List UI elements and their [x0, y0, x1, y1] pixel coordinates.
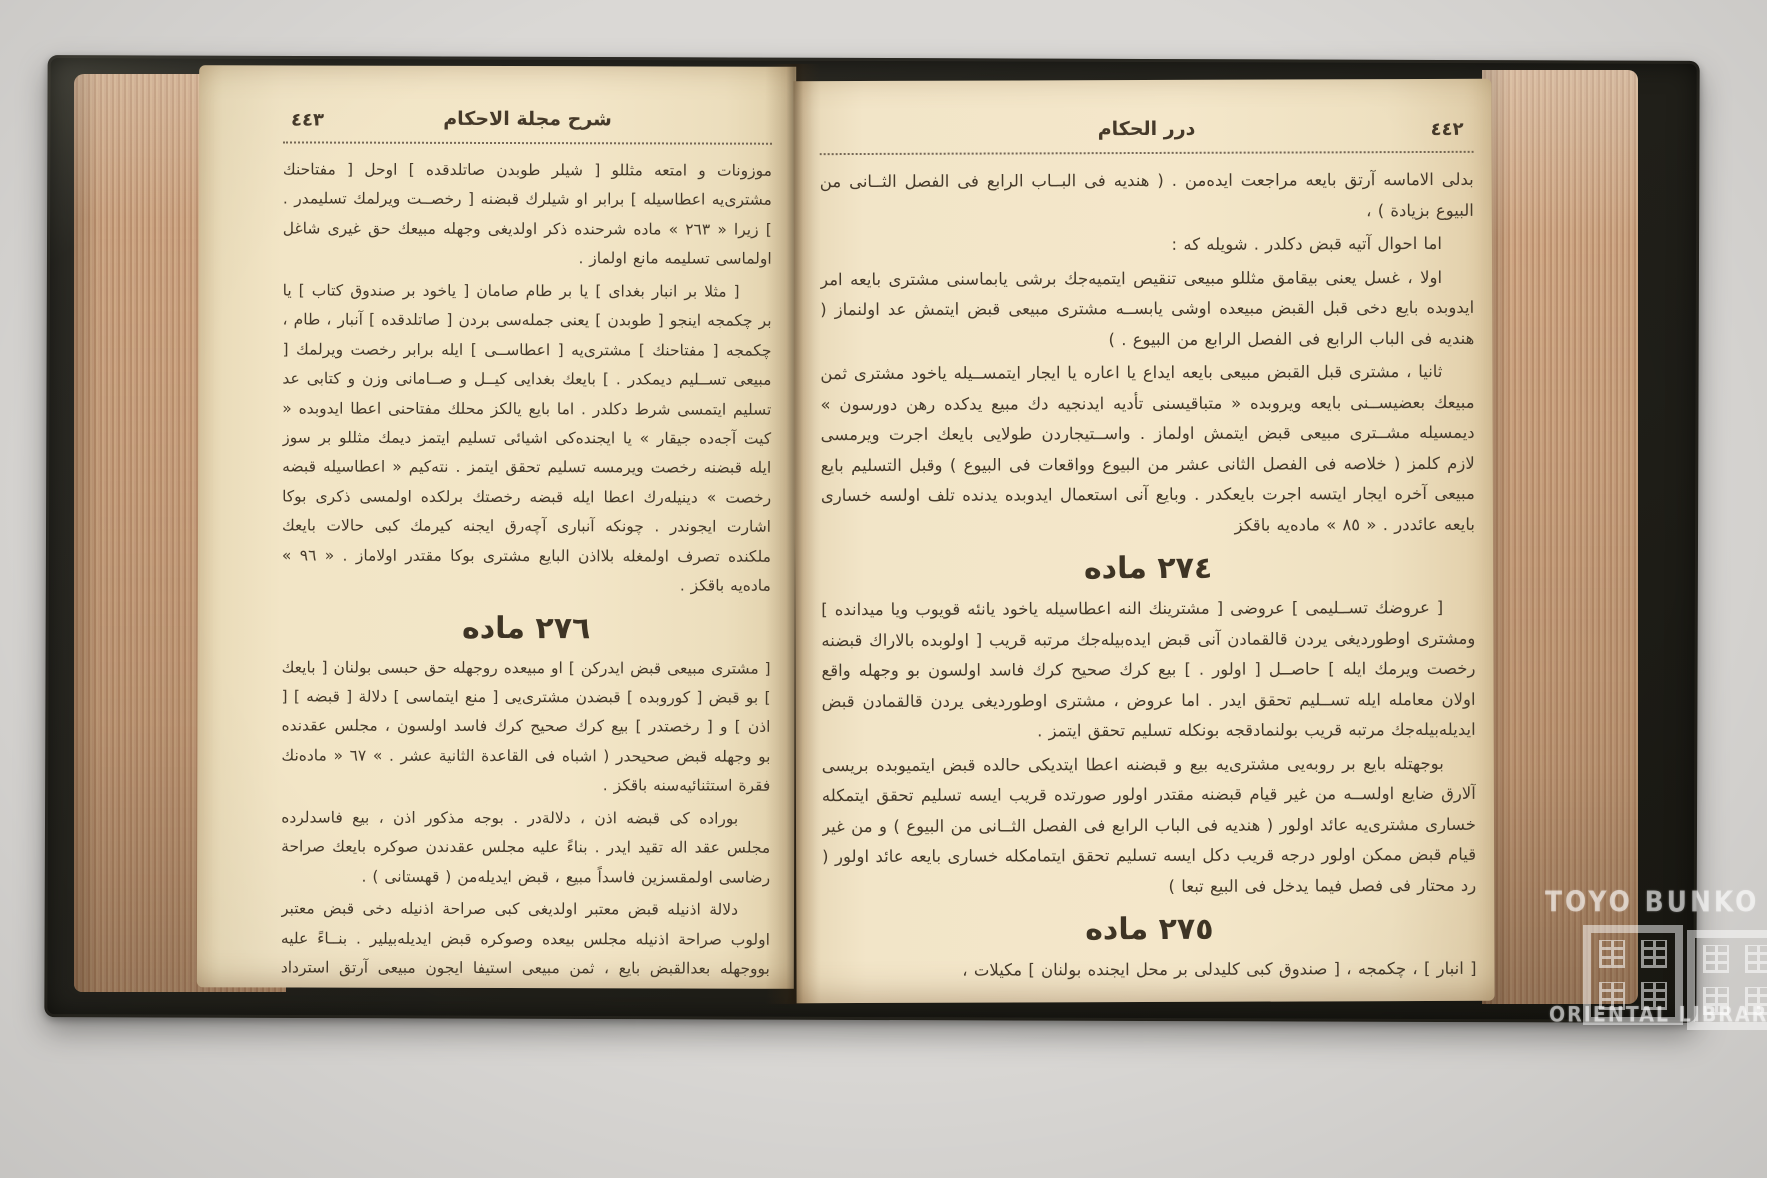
left-page: ٤٤٣ شرح مجلة الاحكام موزونات و امتعه مثل…: [197, 65, 796, 989]
paragraph: اولا ، غسل يعنى بيقامق مثللو مبيعى تنقيص…: [820, 262, 1474, 356]
left-page-content: ٤٤٣ شرح مجلة الاحكام موزونات و امتعه مثل…: [281, 105, 772, 978]
right-page-number: ٤٤٢: [1431, 119, 1464, 140]
left-page-text: موزونات و امتعه مثللو [ شيلر طوبدن صاتلد…: [281, 155, 772, 978]
paragraph: [ مثلا بر انبار بغداى ] يا بر طام صامان …: [282, 276, 772, 601]
right-page-text: بدلى الاماسه آرتق بايعه مراجعت ايده‌من .…: [820, 165, 1477, 987]
right-page-content: ٤٤٢ درر الحكام بدلى الاماسه آرتق بايعه م…: [820, 115, 1477, 993]
paragraph: [ انبار ] ، چكمجه ، [ صندوق كبى كليدلى ب…: [822, 954, 1476, 987]
left-running-title: شرح مجلة الاحكام: [443, 108, 612, 130]
left-page-header: ٤٤٣ شرح مجلة الاحكام: [283, 105, 772, 140]
paragraph: بدلى الاماسه آرتق بايعه مراجعت ايده‌من .…: [820, 165, 1474, 228]
paragraph: [ مشترى مبيعى قبض ايدركن ] او مبيعده روج…: [281, 653, 770, 801]
seal-character-glyph: [1745, 987, 1767, 1015]
paragraph: بوجهتله بايع بر روبه‌يى مشترى‌يه بيع و ق…: [822, 749, 1477, 904]
header-rule: [283, 141, 772, 144]
paragraph: دلالة اذنيله قبض معتبر اولديغى كبى صراحة…: [281, 894, 770, 978]
paragraph: اما احوال آتيه قبض دكلدر . شويله كه :: [820, 229, 1474, 262]
article-heading: ٢٧٦ ماده: [282, 610, 771, 646]
right-page-header: ٤٤٢ درر الحكام: [820, 115, 1474, 151]
seal-character-glyph: [1703, 987, 1729, 1015]
seal-character-glyph: [1745, 945, 1767, 973]
paragraph: موزونات و امتعه مثللو [ شيلر طوبدن صاتلد…: [283, 155, 772, 274]
seal-character-glyph: [1703, 945, 1729, 973]
article-heading: ٢٧٤ ماده: [821, 550, 1475, 587]
right-page: ٤٤٢ درر الحكام بدلى الاماسه آرتق بايعه م…: [793, 79, 1494, 1003]
photo-background: ٤٤٣ شرح مجلة الاحكام موزونات و امتعه مثل…: [0, 0, 1767, 1178]
paragraph: ثانيا ، مشترى قبل القبض مبيعى بايعه ايدا…: [820, 357, 1475, 542]
paragraph: [ عروضك تســليمى ] عروضى [ مشترينك النه …: [821, 593, 1476, 748]
library-seal-icon: [1687, 930, 1767, 1030]
right-running-title: درر الحكام: [1098, 118, 1196, 140]
left-page-number: ٤٤٣: [291, 109, 324, 130]
page-edges-right: [1482, 70, 1638, 1004]
article-heading: ٢٧٥ ماده: [822, 911, 1476, 948]
paragraph: بوراده كى قبضه اذن ، دلالة‌در . بوجه مذك…: [281, 803, 770, 893]
header-rule: [820, 151, 1474, 155]
